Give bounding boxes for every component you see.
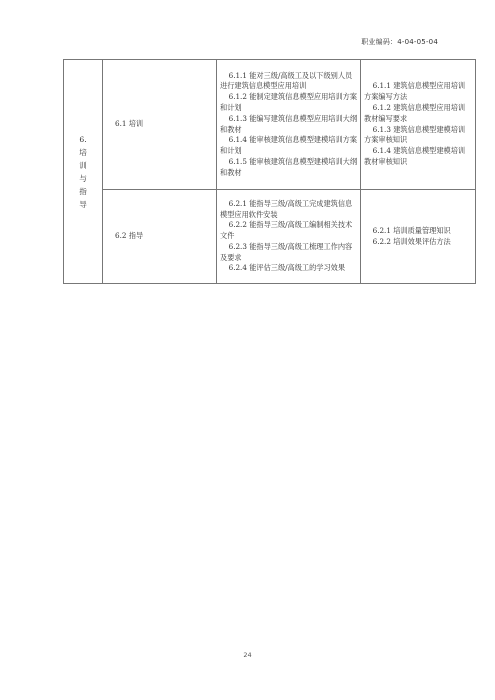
knowledge-cell: 6.2.1 培训质量管理知识 6.2.2 培训效果评估方法 <box>361 190 476 284</box>
knowledge-item: 6.1.1 建筑信息模型应用培训方案编写方法 <box>364 81 472 103</box>
page-number: 24 <box>0 651 495 659</box>
section-cell: 6. 培 训 与 指 导 <box>64 60 103 284</box>
skills-requirements-table: 6. 培 训 与 指 导 6.1 培训 6.1.1 能对三级/高级工及以下级别人… <box>63 59 476 284</box>
skill-item: 6.1.2 能制定建筑信息模型应用培训方案和计划 <box>220 92 357 114</box>
skills-cell: 6.2.1 能指导三级/高级工完成建筑信息模型应用软件安装 6.2.2 能指导三… <box>217 190 361 284</box>
skill-item: 6.2.3 能指导三级/高级工梳理工作内容及要求 <box>220 242 357 264</box>
skill-item: 6.2.2 能指导三级/高级工编制相关技术文件 <box>220 220 357 242</box>
table-row: 6. 培 训 与 指 导 6.1 培训 6.1.1 能对三级/高级工及以下级别人… <box>64 60 476 190</box>
knowledge-item: 6.1.2 建筑信息模型应用培训教材编写要求 <box>364 103 472 125</box>
table-row: 6.2 指导 6.2.1 能指导三级/高级工完成建筑信息模型应用软件安装 6.2… <box>64 190 476 284</box>
knowledge-item: 6.1.4 建筑信息模型建模培训教材审核知识 <box>364 146 472 168</box>
skill-item: 6.2.4 能评估三级/高级工的学习效果 <box>220 263 357 274</box>
task-cell: 6.1 培训 <box>103 60 217 190</box>
skill-item: 6.2.1 能指导三级/高级工完成建筑信息模型应用软件安装 <box>220 199 357 221</box>
skills-cell: 6.1.1 能对三级/高级工及以下级别人员进行建筑信息模型应用培训 6.1.2 … <box>217 60 361 190</box>
skill-item: 6.1.3 能编写建筑信息模型应用培训大纲和教材 <box>220 114 357 136</box>
knowledge-item: 6.2.1 培训质量管理知识 <box>364 226 472 237</box>
skill-item: 6.1.5 能审核建筑信息模型建模培训大纲和教材 <box>220 157 357 179</box>
occupation-code: 职业编码：4-04-05-04 <box>361 37 438 47</box>
knowledge-cell: 6.1.1 建筑信息模型应用培训方案编写方法 6.1.2 建筑信息模型应用培训教… <box>361 60 476 190</box>
skill-item: 6.1.1 能对三级/高级工及以下级别人员进行建筑信息模型应用培训 <box>220 71 357 93</box>
task-cell: 6.2 指导 <box>103 190 217 284</box>
skill-item: 6.1.4 能审核建筑信息模型建模培训方案和计划 <box>220 135 357 157</box>
section-title: 6. 培 训 与 指 导 <box>79 133 87 211</box>
knowledge-item: 6.1.3 建筑信息模型建模培训方案审核知识 <box>364 125 472 147</box>
knowledge-item: 6.2.2 培训效果评估方法 <box>364 237 472 248</box>
